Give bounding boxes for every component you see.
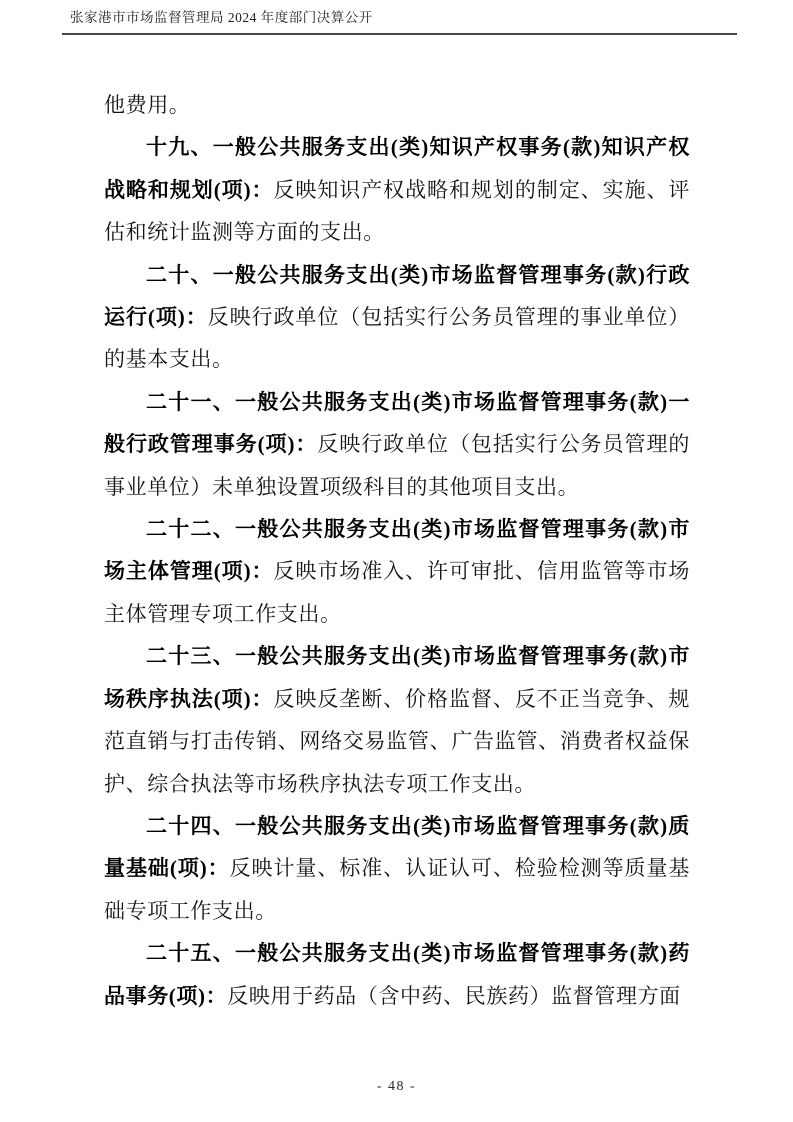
paragraph: 二十二、一般公共服务支出(类)市场监督管理事务(款)市场主体管理(项)：反映市场… — [104, 508, 690, 635]
paragraph-text: 他费用。 — [104, 93, 190, 117]
paragraph: 二十三、一般公共服务支出(类)市场监督管理事务(款)市场秩序执法(项)：反映反垄… — [104, 635, 690, 805]
document-body: 他费用。十九、一般公共服务支出(类)知识产权事务(款)知识产权战略和规划(项)：… — [104, 84, 690, 1017]
document-page: 张家港市市场监督管理局 2024 年度部门决算公开 他费用。十九、一般公共服务支… — [0, 0, 793, 1122]
paragraph: 二十、一般公共服务支出(类)市场监督管理事务(款)行政运行(项)：反映行政单位（… — [104, 254, 690, 381]
paragraph: 他费用。 — [104, 84, 690, 126]
header-title: 张家港市市场监督管理局 2024 年度部门决算公开 — [70, 10, 373, 25]
paragraph: 二十四、一般公共服务支出(类)市场监督管理事务(款)质量基础(项)：反映计量、标… — [104, 805, 690, 932]
paragraph-text: 反映用于药品（含中药、民族药）监督管理方面 — [227, 984, 681, 1008]
paragraph: 十九、一般公共服务支出(类)知识产权事务(款)知识产权战略和规划(项)：反映知识… — [104, 126, 690, 253]
page-number: - 48 - — [377, 1079, 416, 1094]
page-footer: - 48 - — [0, 1077, 793, 1097]
paragraph: 二十五、一般公共服务支出(类)市场监督管理事务(款)药品事务(项)：反映用于药品… — [104, 932, 690, 1017]
page-header: 张家港市市场监督管理局 2024 年度部门决算公开 — [62, 9, 737, 35]
paragraph: 二十一、一般公共服务支出(类)市场监督管理事务(款)一般行政管理事务(项)：反映… — [104, 381, 690, 508]
